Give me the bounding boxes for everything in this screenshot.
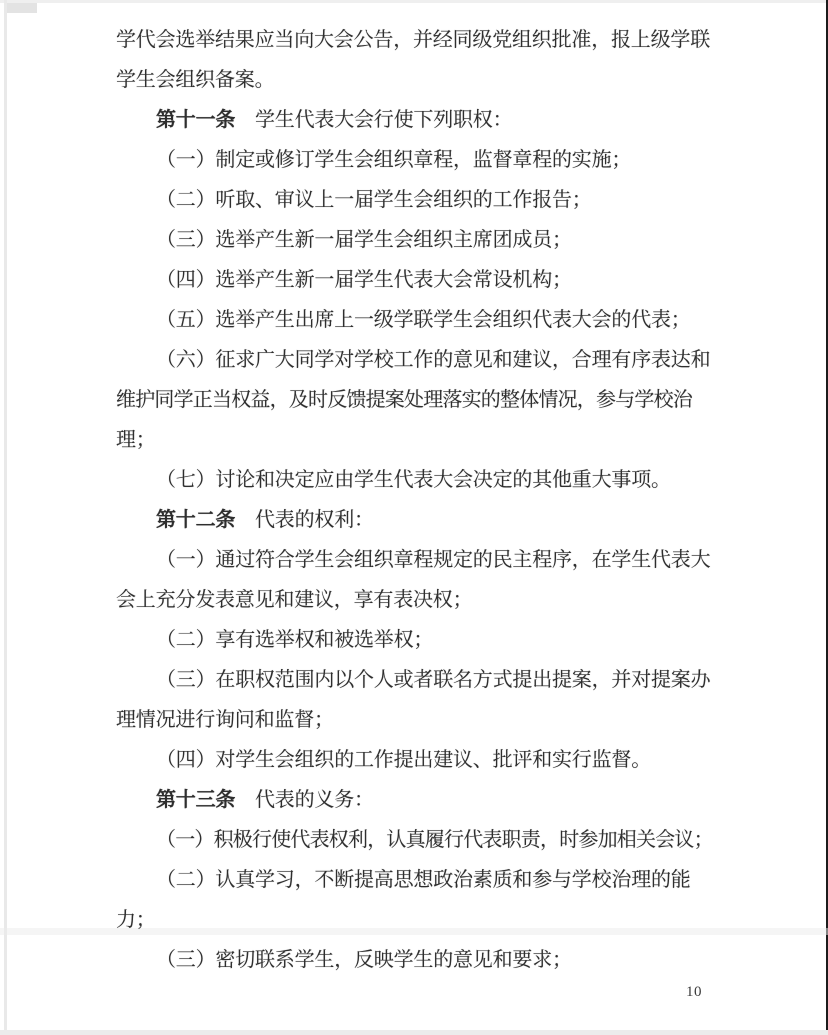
document-text: 学代会选举结果应当向大会公告，并经同级党组织批准，报上级学联学生会组织备案。第十… — [116, 20, 718, 980]
line-text: 理情况进行询问和监督； — [116, 709, 334, 731]
scan-edge-top — [0, 0, 828, 3]
line-text: （二）认真学习，不断提高思想政治素质和参与学校治理的能 — [156, 869, 691, 891]
article-heading: 第十一条 — [156, 109, 235, 131]
document-page: 学代会选举结果应当向大会公告，并经同级党组织批准，报上级学联学生会组织备案。第十… — [0, 0, 828, 1035]
line-text: （一）制定或修订学生会组织章程，监督章程的实施； — [156, 149, 631, 171]
line-text: 学生会组织备案。 — [116, 69, 274, 91]
text-line: 学生会组织备案。 — [116, 60, 718, 100]
line-text: （三）在职权范围内以个人或者联名方式提出提案，并对提案办 — [156, 669, 710, 691]
text-line: （一）积极行使代表权利，认真履行代表职责，时参加相关会议； — [116, 820, 718, 860]
text-line: （五）选举产生出席上一级学联学生会组织代表大会的代表； — [116, 300, 718, 340]
line-text: 学代会选举结果应当向大会公告，并经同级党组织批准，报上级学联 — [116, 29, 710, 51]
line-text: （一）积极行使代表权利，认真履行代表职责，时参加相关会议； — [156, 829, 713, 851]
text-line: （一）通过符合学生会组织章程规定的民主程序，在学生代表大 — [116, 540, 718, 580]
text-line: （三）密切联系学生，反映学生的意见和要求； — [116, 940, 718, 980]
scan-edge-left — [4, 0, 7, 1035]
text-line: （七）讨论和决定应由学生代表大会决定的其他重大事项。 — [116, 460, 718, 500]
line-text: （二）听取、审议上一届学生会组织的工作报告； — [156, 189, 592, 211]
line-text: 会上充分发表意见和建议，享有表决权； — [116, 589, 472, 611]
text-line: 维护同学正当权益，及时反馈提案处理落实的整体情况，参与学校治 — [116, 380, 718, 420]
line-text: 代表的义务： — [235, 789, 374, 811]
text-line: 第十三条 代表的义务： — [116, 780, 718, 820]
text-line: （三）在职权范围内以个人或者联名方式提出提案，并对提案办 — [116, 660, 718, 700]
text-line: （三）选举产生新一届学生会组织主席团成员； — [116, 220, 718, 260]
line-text: 维护同学正当权益，及时反馈提案处理落实的整体情况，参与学校治 — [116, 389, 692, 411]
text-line: 学代会选举结果应当向大会公告，并经同级党组织批准，报上级学联 — [116, 20, 718, 60]
scan-artifact — [7, 3, 37, 13]
line-text: （七）讨论和决定应由学生代表大会决定的其他重大事项。 — [156, 469, 671, 491]
text-line: （二）享有选举权和被选举权； — [116, 620, 718, 660]
text-line: 力； — [116, 900, 718, 940]
article-heading: 第十二条 — [156, 509, 235, 531]
line-text: （三）密切联系学生，反映学生的意见和要求； — [156, 949, 572, 971]
text-line: 会上充分发表意见和建议，享有表决权； — [116, 580, 718, 620]
text-line: （四）选举产生新一届学生代表大会常设机构； — [116, 260, 718, 300]
text-line: （一）制定或修订学生会组织章程，监督章程的实施； — [116, 140, 718, 180]
line-text: （三）选举产生新一届学生会组织主席团成员； — [156, 229, 572, 251]
line-text: （一）通过符合学生会组织章程规定的民主程序，在学生代表大 — [156, 549, 710, 571]
line-text: 学生代表大会行使下列职权： — [235, 109, 512, 131]
page-number: 10 — [686, 982, 702, 1002]
text-line: （二）听取、审议上一届学生会组织的工作报告； — [116, 180, 718, 220]
text-line: （六）征求广大同学对学校工作的意见和建议，合理有序表达和 — [116, 340, 718, 380]
line-text: （四）选举产生新一届学生代表大会常设机构； — [156, 269, 572, 291]
line-text: （四）对学生会组织的工作提出建议、批评和实行监督。 — [156, 749, 651, 771]
text-line: 理； — [116, 420, 718, 460]
scan-edge-bottom — [0, 1030, 828, 1035]
line-text: 代表的权利： — [235, 509, 374, 531]
line-text: （五）选举产生出席上一级学联学生会组织代表大会的代表； — [156, 309, 691, 331]
text-line: （四）对学生会组织的工作提出建议、批评和实行监督。 — [116, 740, 718, 780]
text-line: 第十一条 学生代表大会行使下列职权： — [116, 100, 718, 140]
line-text: 理； — [116, 429, 156, 451]
line-text: 力； — [116, 909, 156, 931]
text-line: 第十二条 代表的权利： — [116, 500, 718, 540]
text-line: 理情况进行询问和监督； — [116, 700, 718, 740]
line-text: （二）享有选举权和被选举权； — [156, 629, 433, 651]
text-line: （二）认真学习，不断提高思想政治素质和参与学校治理的能 — [116, 860, 718, 900]
article-heading: 第十三条 — [156, 789, 235, 811]
line-text: （六）征求广大同学对学校工作的意见和建议，合理有序表达和 — [156, 349, 710, 371]
